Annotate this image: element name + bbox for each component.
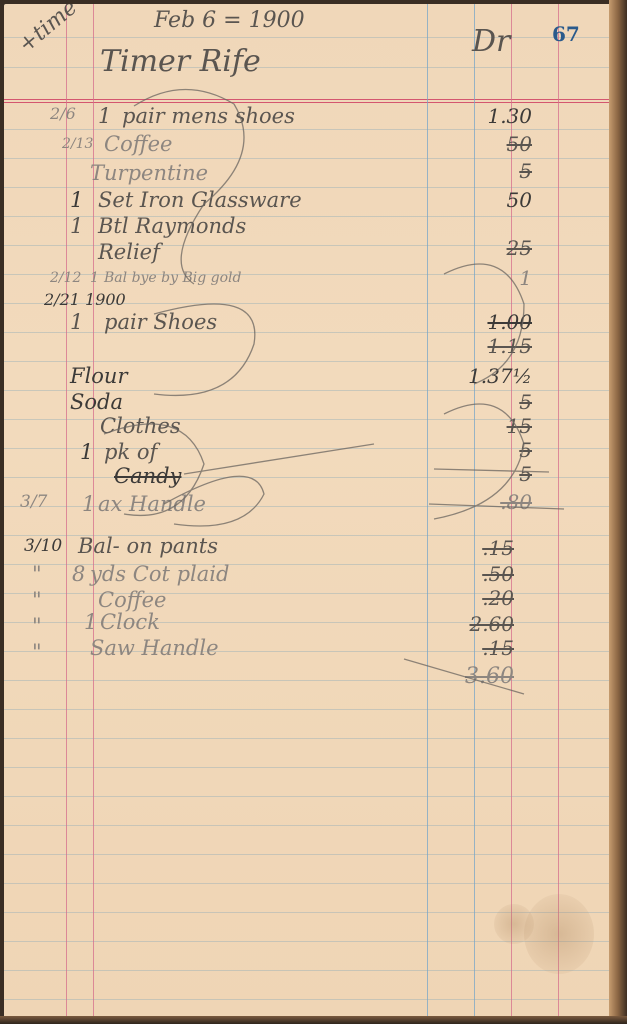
ledger-page: 67 +time Feb 6 = 1900 Timer Rife Dr 2/6 … xyxy=(4,4,612,1018)
book-edge xyxy=(609,0,627,1024)
book-edge xyxy=(0,1016,627,1024)
pencil-marks xyxy=(4,4,612,1018)
